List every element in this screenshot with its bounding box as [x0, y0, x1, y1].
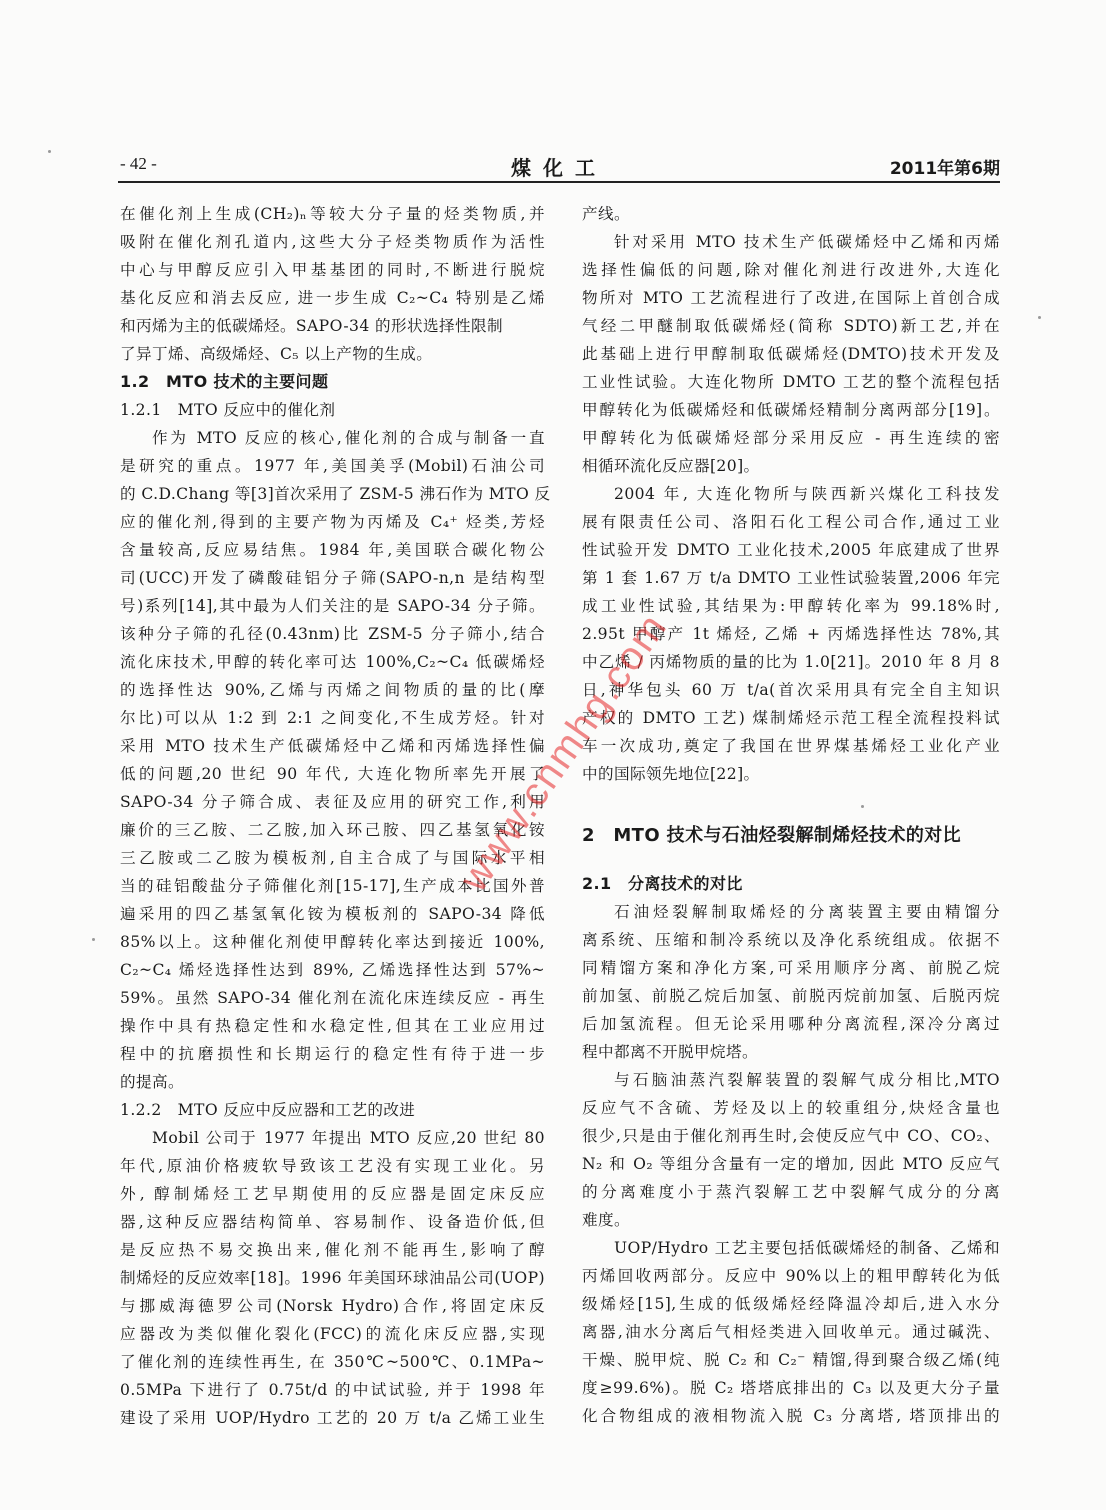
text-line: 物所对 MTO 工艺流程进行了改进,在国际上首创合成 — [582, 284, 1000, 312]
text-line: 产权的 DMTO 工艺) 煤制烯烃示范工程全流程投料试 — [582, 704, 1000, 732]
text-line: 中的国际领先地位[22]。 — [582, 760, 1000, 788]
text-line: 后加氢流程。但无论采用哪种分离流程,深冷分离过 — [582, 1010, 1000, 1038]
paragraph-start-line: 作为 MTO 反应的核心,催化剂的合成与制备一直 — [120, 424, 545, 452]
text-line: 该种分子筛的孔径(0.43nm)比 ZSM-5 分子筛小,结合 — [120, 620, 545, 648]
text-line: 级烯烃[15],生成的低级烯烃经降温冷却后,进入水分 — [582, 1290, 1000, 1318]
text-line: 日,神华包头 60 万 t/a(首次采用具有完全自主知识 — [582, 676, 1000, 704]
text-line: 同精馏方案和净化方案,可采用顺序分离、前脱乙烷 — [582, 954, 1000, 982]
text-line: 的 C.D.Chang 等[3]首次采用了 ZSM-5 沸石作为 MTO 反 — [120, 480, 545, 508]
text-line: 低的问题,20 世纪 90 年代, 大连化物所率先开展了 — [120, 760, 545, 788]
subsection-heading: 2.1 分离技术的对比 — [582, 870, 1000, 898]
text-line: 建设了采用 UOP/Hydro 工艺的 20 万 t/a 乙烯工业生 — [120, 1404, 545, 1432]
spacer — [582, 788, 1000, 816]
journal-name: 煤化工 — [118, 152, 1000, 181]
text-line: 是研究的重点。1977 年,美国美孚(Mobil)石油公司 — [120, 452, 545, 480]
text-line: 了异丁烯、高级烯烃、C₅ 以上产物的生成。 — [120, 340, 545, 368]
text-line: 在催化剂上生成(CH₂)ₙ等较大分子量的烃类物质,并 — [120, 200, 545, 228]
text-line: 丙烯回收两部分。反应中 90%以上的粗甲醇转化为低 — [582, 1262, 1000, 1290]
text-line: 操作中具有热稳定性和水稳定性,但其在工业应用过 — [120, 1012, 545, 1040]
text-line: 59%。虽然 SAPO-34 催化剂在流化床连续反应 - 再生 — [120, 984, 545, 1012]
text-line: 廉价的三乙胺、二乙胺,加入环己胺、四乙基氢氧化铵 — [120, 816, 545, 844]
text-line: 吸附在催化剂孔道内,这些大分子烃类物质作为活性 — [120, 228, 545, 256]
text-line: 和丙烯为主的低碳烯烃。SAPO-34 的形状选择性限制 — [120, 312, 545, 340]
text-line: 此基础上进行甲醇制取低碳烯烃(DMTO)技术开发及 — [582, 340, 1000, 368]
subsubsection-heading: 1.2.2 MTO 反应中反应器和工艺的改进 — [120, 1096, 545, 1124]
text-line: 离器,油水分离后气相烃类进入回收单元。通过碱洗、 — [582, 1318, 1000, 1346]
text-line: 反应气不含硫、芳烃及以上的较重组分,炔烃含量也 — [582, 1094, 1000, 1122]
text-line: 与挪威海德罗公司(Norsk Hydro)合作,将固定床反 — [120, 1292, 545, 1320]
right-column: 产线。针对采用 MTO 技术生产低碳烯烃中乙烯和丙烯选择性偏低的问题,除对催化剂… — [582, 200, 1000, 1430]
text-line: 流化床技术,甲醇的转化率可达 100%,C₂~C₄ 低碳烯烃 — [120, 648, 545, 676]
text-line: 甲醇转化为低碳烯烃部分采用反应 - 再生连续的密 — [582, 424, 1000, 452]
text-line: 程中都离不开脱甲烷塔。 — [582, 1038, 1000, 1066]
text-line: 选择性偏低的问题,除对催化剂进行改进外,大连化 — [582, 256, 1000, 284]
text-line: 甲醇转化为低碳烯烃和低碳烯烃精制分离两部分[19]。 — [582, 396, 1000, 424]
text-line: 车一次成功,奠定了我国在世界煤基烯烃工业化产业 — [582, 732, 1000, 760]
paragraph-start-line: Mobil 公司于 1977 年提出 MTO 反应,20 世纪 80 — [120, 1124, 545, 1152]
text-line: 基化反应和消去反应, 进一步生成 C₂~C₄ 特别是乙烯 — [120, 284, 545, 312]
text-line: 0.5MPa 下进行了 0.75t/d 的中试试验, 并于 1998 年 — [120, 1376, 545, 1404]
text-line: 第 1 套 1.67 万 t/a DMTO 工业性试验装置,2006 年完 — [582, 564, 1000, 592]
text-line: N₂ 和 O₂ 等组分含量有一定的增加, 因此 MTO 反应气 — [582, 1150, 1000, 1178]
paragraph-start-line: 2004 年, 大连化物所与陕西新兴煤化工科技发 — [582, 480, 1000, 508]
text-line: 性试验开发 DMTO 工业化技术,2005 年底建成了世界 — [582, 536, 1000, 564]
text-line: 司(UCC)开发了磷酸硅铝分子筛(SAPO-n,n 是结构型 — [120, 564, 545, 592]
text-line: 外, 醇制烯烃工艺早期使用的反应器是固定床反应 — [120, 1180, 545, 1208]
text-line: 是反应热不易交换出来,催化剂不能再生,影响了醇 — [120, 1236, 545, 1264]
text-line: 年代,原油价格疲软导致该工艺没有实现工业化。另 — [120, 1152, 545, 1180]
text-line: 难度。 — [582, 1206, 1000, 1234]
text-line: 前加氢、前脱乙烷后加氢、前脱丙烷前加氢、后脱丙烷 — [582, 982, 1000, 1010]
text-line: 遍采用的四乙基氢氧化铵为模板剂的 SAPO-34 降低 — [120, 900, 545, 928]
text-line: 2.95t 甲醇产 1t 烯烃, 乙烯 + 丙烯选择性达 78%,其 — [582, 620, 1000, 648]
text-line: 产线。 — [582, 200, 1000, 228]
text-line: 中乙烯 / 丙烯物质的量的比为 1.0[21]。2010 年 8 月 8 — [582, 648, 1000, 676]
left-column: 在催化剂上生成(CH₂)ₙ等较大分子量的烃类物质,并吸附在催化剂孔道内,这些大分… — [120, 200, 545, 1432]
text-line: SAPO-34 分子筛合成、表征及应用的研究工作,利用 — [120, 788, 545, 816]
text-line: 器,这种反应器结构简单、容易制作、设备造价低,但 — [120, 1208, 545, 1236]
text-line: 的选择性达 90%,乙烯与丙烯之间物质的量的比(摩 — [120, 676, 545, 704]
paragraph-start-line: 针对采用 MTO 技术生产低碳烯烃中乙烯和丙烯 — [582, 228, 1000, 256]
text-line: 工业性试验。大连化物所 DMTO 工艺的整个流程包括 — [582, 368, 1000, 396]
text-line: 化合物组成的液相物流入脱 C₃ 分离塔, 塔顶排出的 — [582, 1402, 1000, 1430]
subsubsection-heading: 1.2.1 MTO 反应中的催化剂 — [120, 396, 545, 424]
section-heading: 2 MTO 技术与石油烃裂解制烯烃技术的对比 — [582, 816, 1000, 856]
text-line: 中心与甲醇反应引入甲基基团的同时,不断进行脱烷 — [120, 256, 545, 284]
text-line: 制烯烃的反应效率[18]。1996 年美国环球油品公司(UOP) — [120, 1264, 545, 1292]
page-header: - 42 - 煤化工 2011年第6期 — [118, 154, 1000, 180]
text-line: 相循环流化反应器[20]。 — [582, 452, 1000, 480]
text-line: 尔比)可以从 1:2 到 2:1 之间变化,不生成芳烃。针对 — [120, 704, 545, 732]
scan-speck — [48, 150, 51, 153]
header-rule — [118, 181, 1000, 183]
issue-label: 2011年第6期 — [890, 154, 1000, 179]
text-line: 气经二甲醚制取低碳烯烃(简称 SDTO)新工艺,并在 — [582, 312, 1000, 340]
text-line: 应的催化剂,得到的主要产物为丙烯及 C₄⁺ 烃类,芳烃 — [120, 508, 545, 536]
text-line: 的提高。 — [120, 1068, 545, 1096]
text-line: 很少,只是由于催化剂再生时,会使反应气中 CO、CO₂、 — [582, 1122, 1000, 1150]
text-line: 了催化剂的连续性再生, 在 350℃~500℃、0.1MPa~ — [120, 1348, 545, 1376]
scan-speck — [92, 938, 95, 941]
paragraph-start-line: UOP/Hydro 工艺主要包括低碳烯烃的制备、乙烯和 — [582, 1234, 1000, 1262]
paragraph-start-line: 与石脑油蒸汽裂解装置的裂解气成分相比,MTO — [582, 1066, 1000, 1094]
text-line: 当的硅铝酸盐分子筛催化剂[15-17],生产成本比国外普 — [120, 872, 545, 900]
text-line: 度≥99.6%)。脱 C₂ 塔塔底排出的 C₃ 以及更大分子量 — [582, 1374, 1000, 1402]
paragraph-start-line: 石油烃裂解制取烯烃的分离装置主要由精馏分 — [582, 898, 1000, 926]
text-line: 含量较高,反应易结焦。1984 年,美国联合碳化物公 — [120, 536, 545, 564]
text-line: 应器改为类似催化裂化(FCC)的流化床反应器,实现 — [120, 1320, 545, 1348]
text-line: C₂~C₄ 烯烃选择性达到 89%, 乙烯选择性达到 57%~ — [120, 956, 545, 984]
text-line: 采用 MTO 技术生产低碳烯烃中乙烯和丙烯选择性偏 — [120, 732, 545, 760]
text-line: 程中的抗磨损性和长期运行的稳定性有待于进一步 — [120, 1040, 545, 1068]
scan-speck — [1038, 316, 1041, 319]
text-line: 三乙胺或二乙胺为模板剂,自主合成了与国际水平相 — [120, 844, 545, 872]
text-line: 离系统、压缩和制冷系统以及净化系统组成。依据不 — [582, 926, 1000, 954]
text-line: 85%以上。这种催化剂使甲醇转化率达到接近 100%, — [120, 928, 545, 956]
text-line: 成工业性试验,其结果为:甲醇转化率为 99.18%时, — [582, 592, 1000, 620]
text-line: 展有限责任公司、洛阳石化工程公司合作,通过工业 — [582, 508, 1000, 536]
subsection-heading: 1.2 MTO 技术的主要问题 — [120, 368, 545, 396]
scan-speck — [861, 805, 864, 808]
spacer — [582, 856, 1000, 870]
text-line: 号)系列[14],其中最为人们关注的是 SAPO-34 分子筛。 — [120, 592, 545, 620]
text-line: 干燥、脱甲烷、脱 C₂ 和 C₂⁻ 精馏,得到聚合级乙烯(纯 — [582, 1346, 1000, 1374]
text-line: 的分离难度小于蒸汽裂解工艺中裂解气成分的分离 — [582, 1178, 1000, 1206]
